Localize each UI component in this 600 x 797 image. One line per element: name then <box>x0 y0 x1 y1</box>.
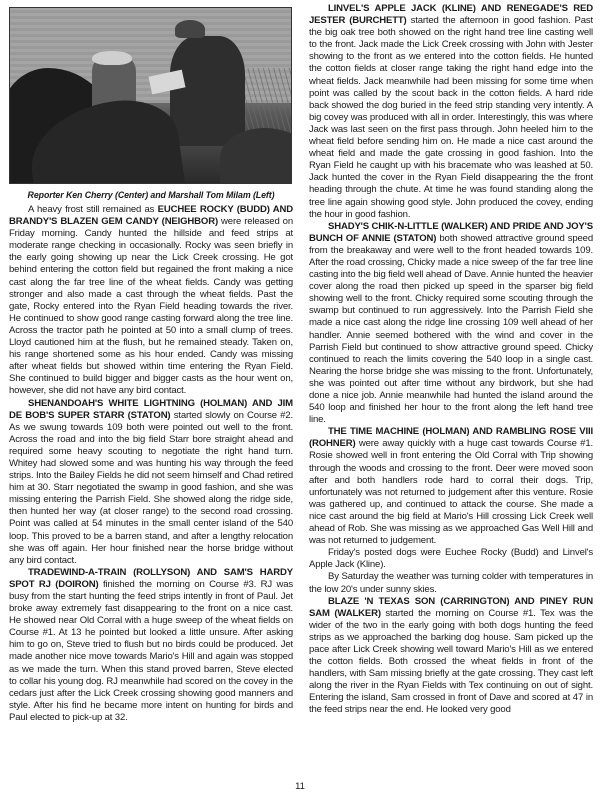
page-number: 11 <box>0 781 600 792</box>
photo-cap <box>175 20 205 38</box>
photo-rider-center <box>170 36 245 146</box>
paragraph-lead: By Saturday the weather was turning cold… <box>309 571 593 594</box>
paragraph-text: finished the morning on Course #3. RJ wa… <box>9 579 293 723</box>
paragraph-text: both showed attractive ground speed from… <box>309 233 593 425</box>
paragraph-lead: A heavy frost still remained as <box>28 204 158 215</box>
paragraph-text: started the morning on Course #1. Tex wa… <box>309 608 593 716</box>
article-paragraph: BLAZE 'N TEXAS SON (CARRINGTON) AND PINE… <box>309 596 593 717</box>
photo-cowboy-hat <box>92 51 132 65</box>
left-column: Reporter Ken Cherry (Center) and Marshal… <box>9 0 293 724</box>
article-paragraph: LINVEL'S APPLE JACK (KLINE) AND RENEGADE… <box>309 3 593 221</box>
paragraph-text: were away quickly with a huge cast towar… <box>309 438 593 546</box>
paragraph-text: started slowly on Course #2. As we swung… <box>9 410 293 566</box>
photo-caption: Reporter Ken Cherry (Center) and Marshal… <box>20 190 281 201</box>
paragraph-text: were released on Friday morning. Candy h… <box>9 216 293 396</box>
paragraph-lead: Friday's posted dogs were Euchee Rocky (… <box>309 547 593 570</box>
article-paragraph: SHENANDOAH'S WHITE LIGHTNING (HOLMAN) AN… <box>9 398 293 567</box>
right-column: LINVEL'S APPLE JACK (KLINE) AND RENEGADE… <box>309 3 593 717</box>
article-paragraph: TRADEWIND-A-TRAIN (ROLLYSON) AND SAM'S H… <box>9 567 293 724</box>
weather-paragraph: By Saturday the weather was turning cold… <box>309 571 593 595</box>
article-paragraph: A heavy frost still remained as EUCHEE R… <box>9 204 293 398</box>
article-paragraph: SHADY'S CHIK-N-LITTLE (WALKER) AND PRIDE… <box>309 221 593 427</box>
article-paragraph: THE TIME MACHINE (HOLMAN) AND RAMBLING R… <box>309 426 593 547</box>
paragraph-text: started the afternoon in good fashion. P… <box>309 15 593 220</box>
photo-riders-on-horseback <box>9 7 292 184</box>
posted-dogs-paragraph: Friday's posted dogs were Euchee Rocky (… <box>309 547 593 571</box>
